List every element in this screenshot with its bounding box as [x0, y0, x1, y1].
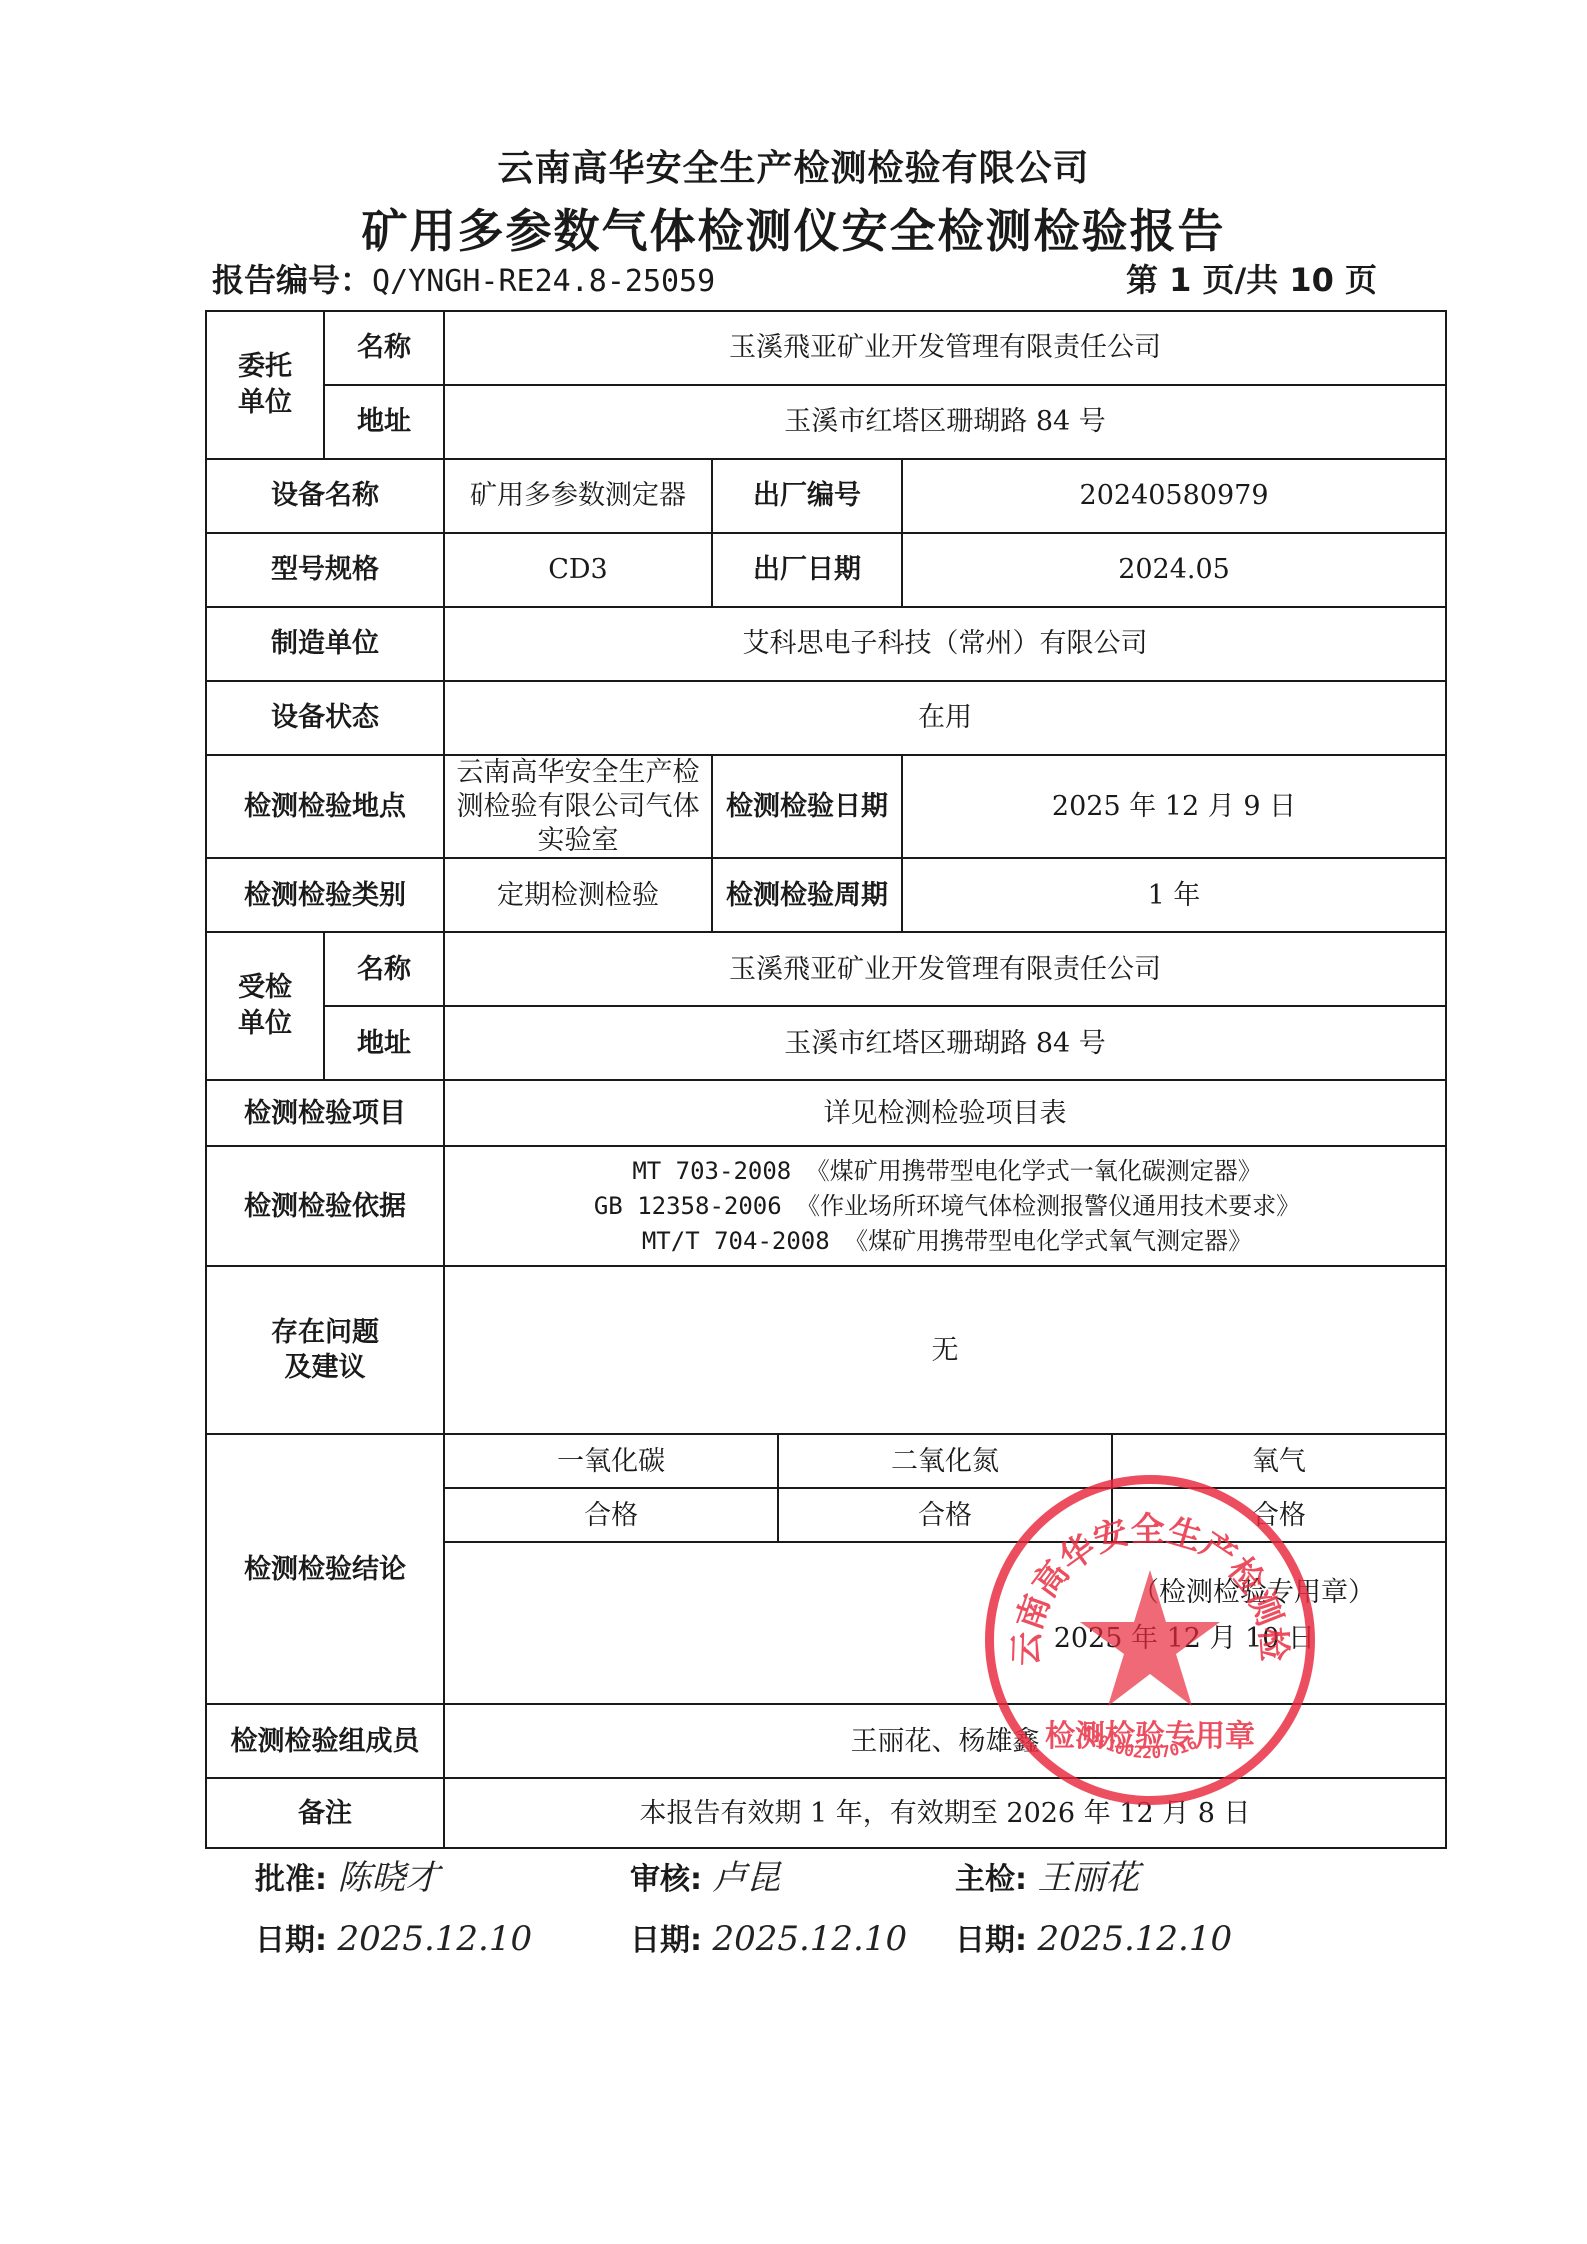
chief-date: 2025.12.10: [1037, 1919, 1232, 1959]
seal-caption: （检测检验专用章）: [1132, 1575, 1375, 1610]
review-label: 审核:: [630, 1862, 702, 1897]
inspected-name-label: 名称: [324, 932, 444, 1006]
gas-co: 一氧化碳: [445, 1435, 778, 1488]
chief-label: 主检:: [955, 1862, 1027, 1897]
approve-date-label: 日期:: [255, 1923, 327, 1958]
basis-standard: MT/T 704-2008 《煤矿用携带型电化学式氧气测定器》: [455, 1224, 1439, 1259]
client-name-label: 名称: [324, 311, 444, 385]
conclusion-row: 检测检验结论 一氧化碳 二氧化氮 氧气 合格 合格 合格 （检测检验专用章） 2…: [206, 1434, 1446, 1704]
seal-date: 2025 年 12 月 10 日: [1054, 1621, 1315, 1656]
gas-row: 一氧化碳 二氧化氮 氧气: [445, 1435, 1445, 1488]
issues-label: 存在问题 及建议: [206, 1266, 444, 1434]
chief-signature: 王丽花: [1037, 1858, 1139, 1898]
remarks-label: 备注: [206, 1778, 444, 1848]
inspected-address: 玉溪市红塔区珊瑚路 84 号: [444, 1006, 1446, 1080]
chief-date-label: 日期:: [955, 1923, 1027, 1958]
client-name-row: 委托单位 名称 玉溪飛亚矿业开发管理有限责任公司: [206, 311, 1446, 385]
inspection-cycle: 1 年: [902, 858, 1446, 932]
issues-value: 无: [444, 1266, 1446, 1434]
status-row: 设备状态 在用: [206, 681, 1446, 755]
approve-date: 2025.12.10: [337, 1919, 532, 1959]
report-table: 委托单位 名称 玉溪飛亚矿业开发管理有限责任公司 地址 玉溪市红塔区珊瑚路 84…: [205, 310, 1447, 1849]
items-row: 检测检验项目 详见检测检验项目表: [206, 1080, 1446, 1146]
result-no2: 合格: [778, 1488, 1111, 1542]
manufacturer: 艾科思电子科技（常州）有限公司: [444, 607, 1446, 681]
approve-date-block: 日期: 2025.12.10: [255, 1915, 532, 1959]
location-row: 检测检验地点 云南高华安全生产检测检验有限公司气体实验室 检测检验日期 2025…: [206, 755, 1446, 858]
review-signature: 卢昆: [712, 1858, 780, 1898]
remarks-value: 本报告有效期 1 年，有效期至 2026 年 12 月 8 日: [444, 1778, 1446, 1848]
members-row: 检测检验组成员 王丽花、杨雄鑫: [206, 1704, 1446, 1778]
inspection-date: 2025 年 12 月 9 日: [902, 755, 1446, 858]
mfg-date: 2024.05: [902, 533, 1446, 607]
client-address-row: 地址 玉溪市红塔区珊瑚路 84 号: [206, 385, 1446, 459]
chief-date-block: 日期: 2025.12.10: [955, 1915, 1232, 1959]
equipment-name-label: 设备名称: [206, 459, 444, 533]
model-label: 型号规格: [206, 533, 444, 607]
conclusion-cell: 一氧化碳 二氧化氮 氧气 合格 合格 合格 （检测检验专用章） 2025 年 1…: [444, 1434, 1446, 1704]
model-row: 型号规格 CD3 出厂日期 2024.05: [206, 533, 1446, 607]
basis-standard: GB 12358-2006 《作业场所环境气体检测报警仪通用技术要求》: [455, 1189, 1439, 1224]
review-date: 2025.12.10: [712, 1919, 907, 1959]
inspection-type: 定期检测检验: [444, 858, 712, 932]
inspected-address-row: 地址 玉溪市红塔区珊瑚路 84 号: [206, 1006, 1446, 1080]
review-date-label: 日期:: [630, 1923, 702, 1958]
inspection-date-label: 检测检验日期: [712, 755, 902, 858]
report-number-label: 报告编号：: [212, 261, 372, 299]
serial-label: 出厂编号: [712, 459, 902, 533]
equipment-name: 矿用多参数测定器: [444, 459, 712, 533]
review-date-block: 日期: 2025.12.10: [630, 1915, 907, 1959]
remarks-row: 备注 本报告有效期 1 年，有效期至 2026 年 12 月 8 日: [206, 1778, 1446, 1848]
type-label: 检测检验类别: [206, 858, 444, 932]
basis-list: MT 703-2008 《煤矿用携带型电化学式一氧化碳测定器》 GB 12358…: [444, 1146, 1446, 1266]
client-address: 玉溪市红塔区珊瑚路 84 号: [444, 385, 1446, 459]
result-o2: 合格: [1112, 1488, 1445, 1542]
members-label: 检测检验组成员: [206, 1704, 444, 1778]
equipment-status: 在用: [444, 681, 1446, 755]
page-indicator: 第 1 页/共 10 页: [1126, 255, 1377, 301]
location-label: 检测检验地点: [206, 755, 444, 858]
issues-row: 存在问题 及建议 无: [206, 1266, 1446, 1434]
review-signature-block: 审核: 卢昆: [630, 1850, 780, 1899]
chief-signature-block: 主检: 王丽花: [955, 1850, 1139, 1899]
items-label: 检测检验项目: [206, 1080, 444, 1146]
client-address-label: 地址: [324, 385, 444, 459]
client-name: 玉溪飛亚矿业开发管理有限责任公司: [444, 311, 1446, 385]
model: CD3: [444, 533, 712, 607]
type-row: 检测检验类别 定期检测检验 检测检验周期 1 年: [206, 858, 1446, 932]
company-name: 云南高华安全生产检测检验有限公司: [0, 140, 1587, 191]
status-label: 设备状态: [206, 681, 444, 755]
basis-row: 检测检验依据 MT 703-2008 《煤矿用携带型电化学式一氧化碳测定器》 G…: [206, 1146, 1446, 1266]
equipment-name-row: 设备名称 矿用多参数测定器 出厂编号 20240580979: [206, 459, 1446, 533]
basis-label: 检测检验依据: [206, 1146, 444, 1266]
gas-o2: 氧气: [1112, 1435, 1445, 1488]
mfg-date-label: 出厂日期: [712, 533, 902, 607]
inspected-address-label: 地址: [324, 1006, 444, 1080]
basis-standard: MT 703-2008 《煤矿用携带型电化学式一氧化碳测定器》: [455, 1154, 1439, 1189]
serial-number: 20240580979: [902, 459, 1446, 533]
client-group-label: 委托单位: [206, 311, 324, 459]
inspected-name: 玉溪飛亚矿业开发管理有限责任公司: [444, 932, 1446, 1006]
gas-no2: 二氧化氮: [778, 1435, 1111, 1488]
items-value: 详见检测检验项目表: [444, 1080, 1446, 1146]
members-value: 王丽花、杨雄鑫: [444, 1704, 1446, 1778]
conclusion-label: 检测检验结论: [206, 1434, 444, 1704]
manufacturer-row: 制造单位 艾科思电子科技（常州）有限公司: [206, 607, 1446, 681]
report-title: 矿用多参数气体检测仪安全检测检验报告: [0, 195, 1587, 261]
conclusion-results-table: 一氧化碳 二氧化氮 氧气 合格 合格 合格: [445, 1435, 1445, 1543]
result-co: 合格: [445, 1488, 778, 1542]
report-number-value: Q/YNGH-RE24.8-25059: [372, 264, 715, 299]
approve-label: 批准:: [255, 1862, 327, 1897]
inspected-group-label: 受检单位: [206, 932, 324, 1080]
manufacturer-label: 制造单位: [206, 607, 444, 681]
approve-signature: 陈晓才: [337, 1858, 439, 1898]
inspection-location: 云南高华安全生产检测检验有限公司气体实验室: [444, 755, 712, 858]
result-row: 合格 合格 合格: [445, 1488, 1445, 1542]
report-number: 报告编号：Q/YNGH-RE24.8-25059: [212, 255, 715, 301]
cycle-label: 检测检验周期: [712, 858, 902, 932]
approve-signature-block: 批准: 陈晓才: [255, 1850, 439, 1899]
inspected-name-row: 受检单位 名称 玉溪飛亚矿业开发管理有限责任公司: [206, 932, 1446, 1006]
